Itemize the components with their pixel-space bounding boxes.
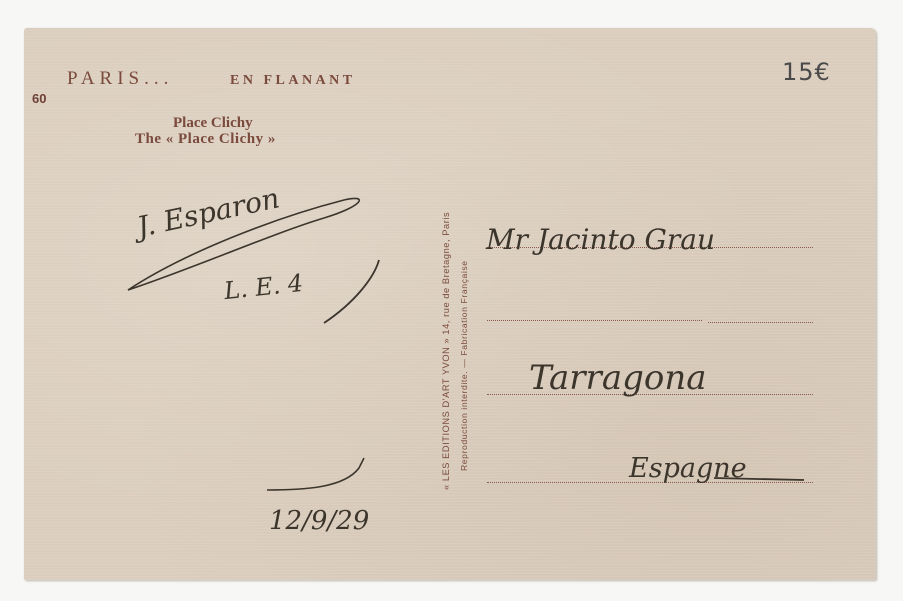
publisher-line: « LES EDITIONS D'ART YVON » 14, rue de B… (441, 212, 451, 490)
caption-english: The « Place Clichy » (135, 131, 276, 148)
handwritten-date: 12/9/29 (269, 506, 369, 536)
recipient-country: Espagne (629, 453, 747, 484)
recipient-name: Mr Jacinto Grau (486, 223, 715, 256)
postcard-back: PARIS... EN FLANANT 60 Place Clichy The … (24, 28, 876, 580)
series-title: PARIS... (67, 68, 173, 90)
publisher-imprint: « LES EDITIONS D'ART YVON » 14, rue de B… (424, 128, 484, 498)
address-line-2a (487, 320, 702, 321)
card-number: 60 (32, 91, 46, 106)
address-line-2b (708, 322, 813, 323)
price-note: 15€ (782, 58, 831, 86)
recipient-city: Tarragona (529, 358, 707, 398)
series-subtitle: EN FLANANT (230, 73, 356, 89)
rights-line: Reproduction interdite. — Fabrication Fr… (459, 260, 469, 471)
caption-french: Place Clichy (173, 115, 253, 132)
sender-signature: J. Esparon (134, 181, 282, 243)
sender-reference: L. E. 4 (223, 269, 305, 305)
